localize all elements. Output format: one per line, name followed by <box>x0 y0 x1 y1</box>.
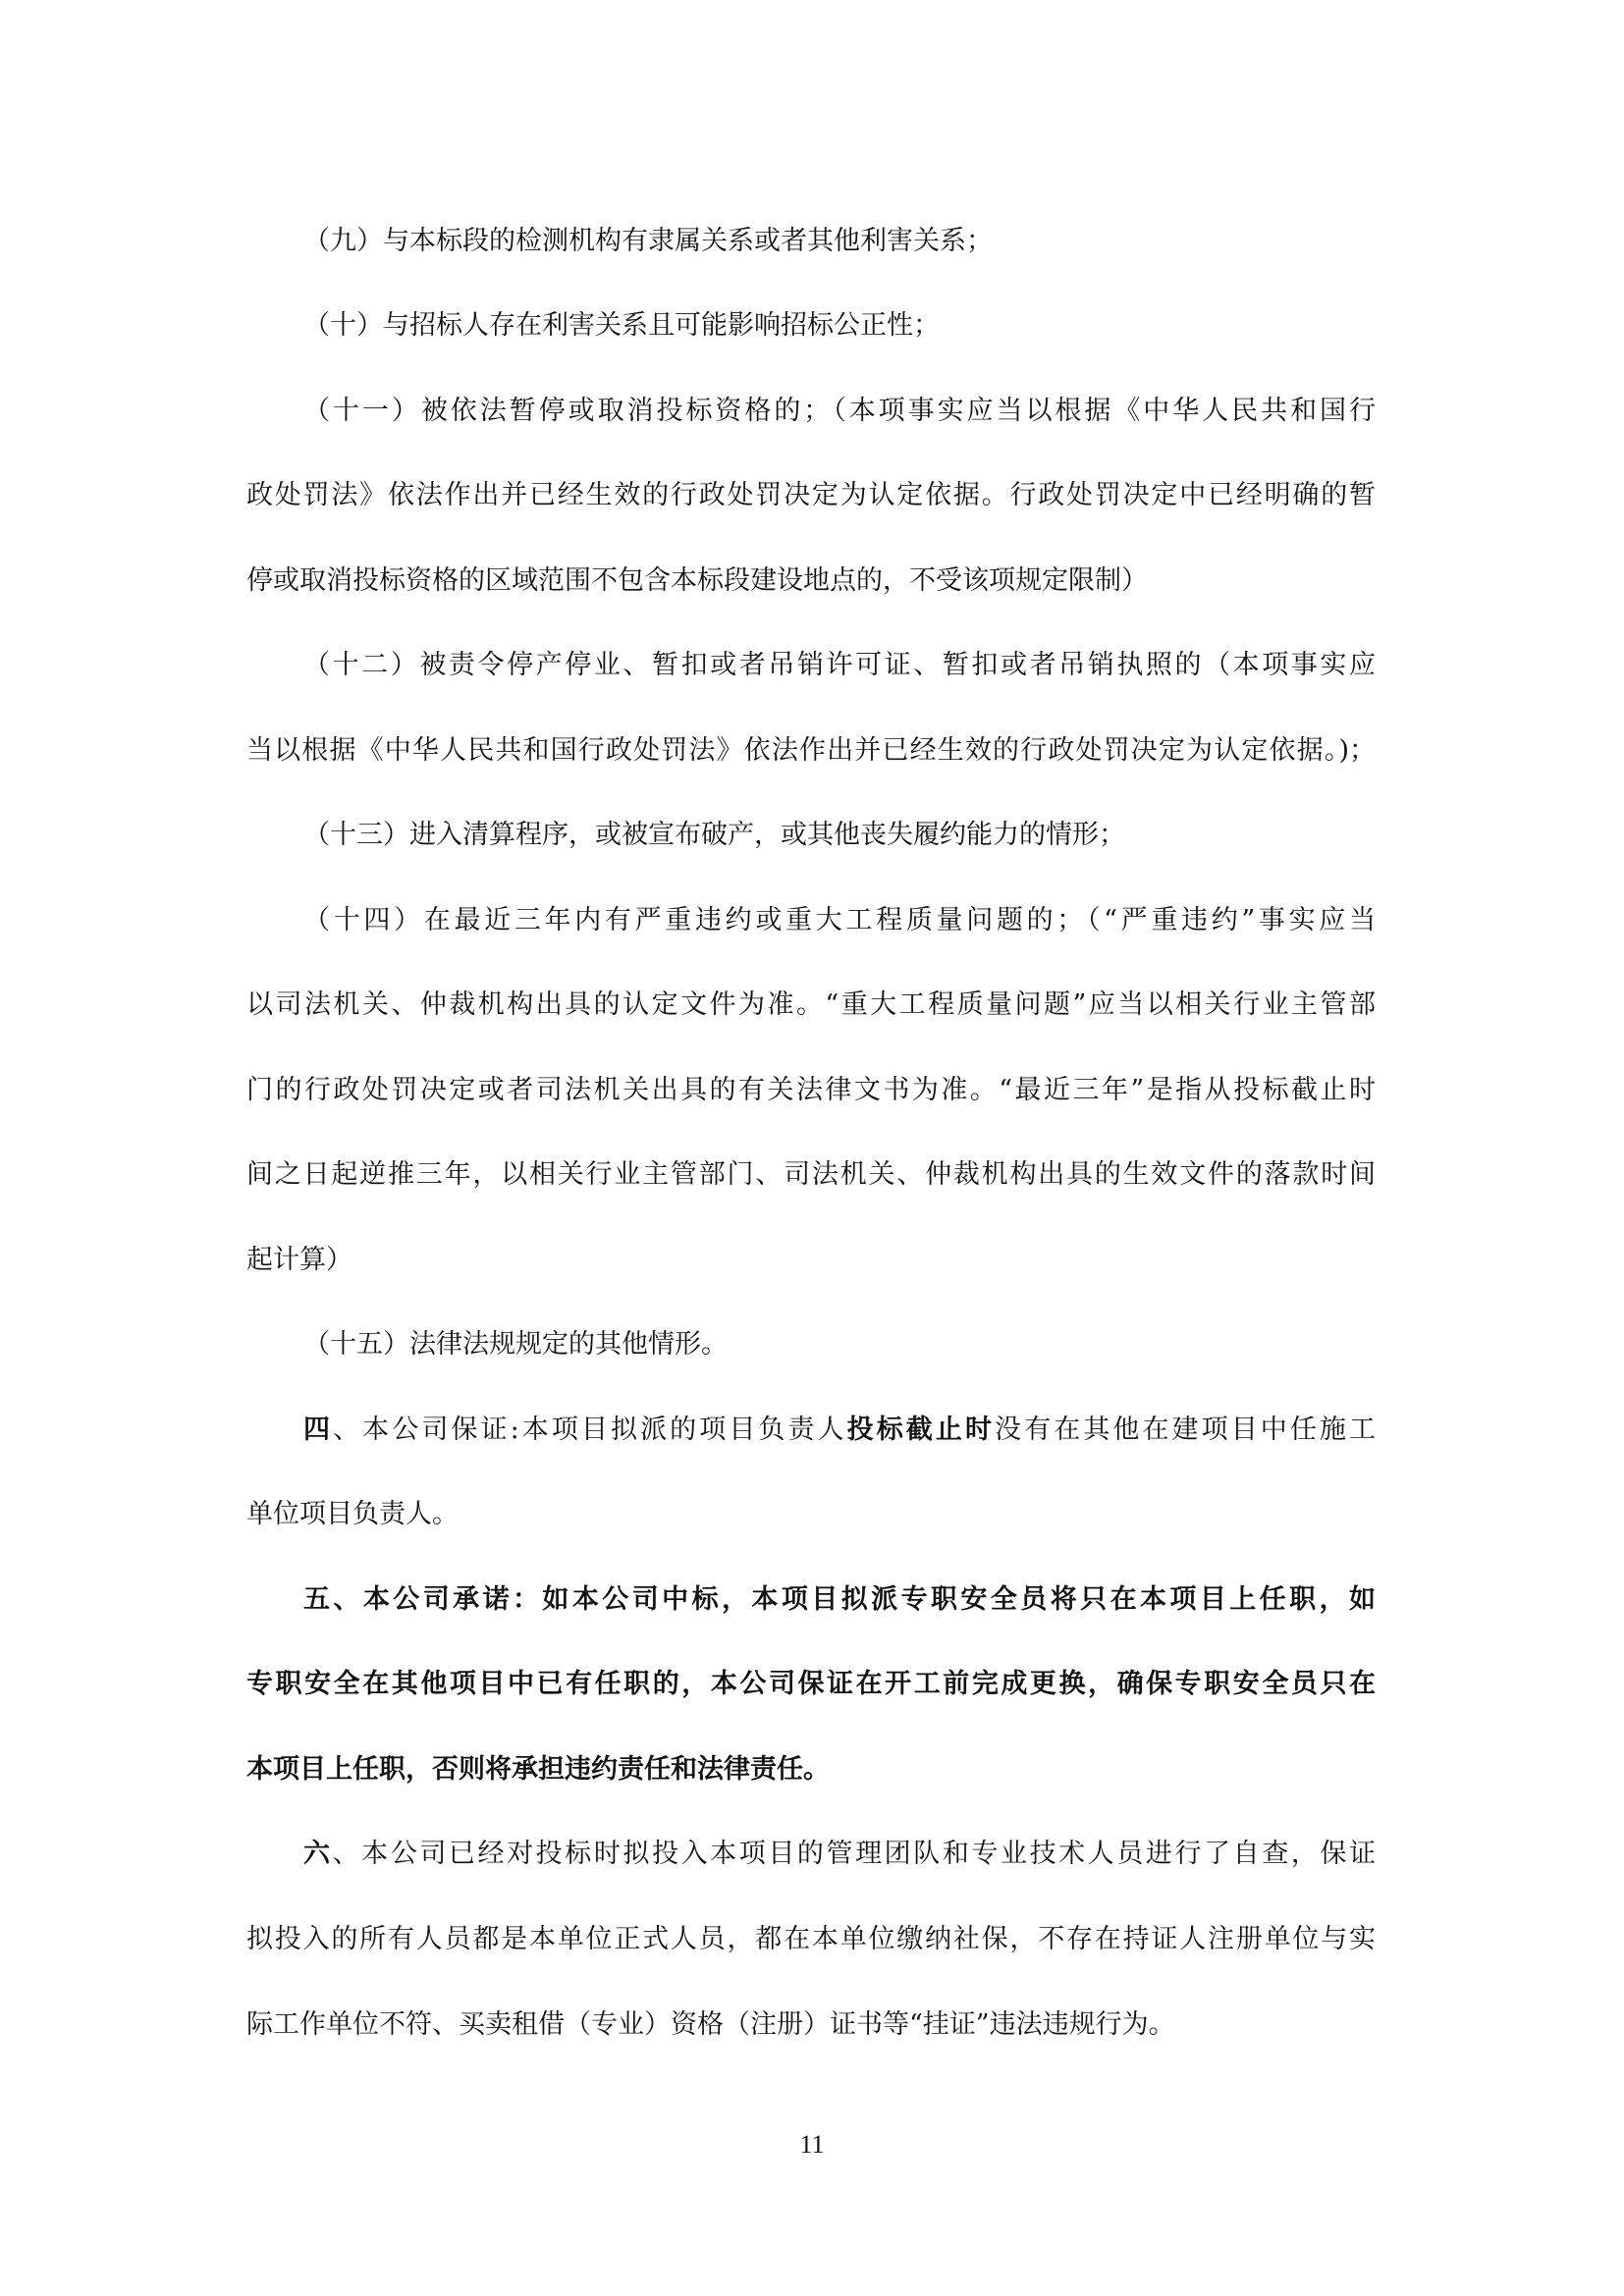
item-11-line1: （十一）被依法暂停或取消投标资格的；（本项事实应当以根据《中华人民共和国行 <box>303 395 1376 428</box>
item-11-line2: 政处罚法》依法作出并已经生效的行政处罚决定为认定依据。行政处罚决定中已经明确的暂 <box>246 479 1376 512</box>
item-12-line1: （十二）被责令停产停业、暂扣或者吊销许可证、暂扣或者吊销执照的（本项事实应 <box>303 649 1376 682</box>
section-6-line1: 六、本公司已经对投标时拟投入本项目的管理团队和专业技术人员进行了自查，保证 <box>303 1838 1376 1871</box>
page-number: 11 <box>783 2130 841 2160</box>
section-4-line1: 四、本公司保证:本项目拟派的项目负责人投标截止时没有在其他在建项目中任施工 <box>303 1414 1376 1447</box>
item-11-line3: 停或取消投标资格的区域范围不包含本标段建设地点的，不受该项规定限制） <box>246 564 1376 598</box>
section-6-line2: 拟投入的所有人员都是本单位正式人员，都在本单位缴纳社保，不存在持证人注册单位与实 <box>246 1923 1376 1956</box>
item-14-line1: （十四）在最近三年内有严重违约或重大工程质量问题的；（“严重违约”事实应当 <box>303 904 1376 937</box>
item-14-line4: 间之日起逆推三年，以相关行业主管部门、司法机关、仲裁机构出具的生效文件的落款时间 <box>246 1158 1376 1192</box>
item-9: （九）与本标段的检测机构有隶属关系或者其他利害关系； <box>303 225 1376 258</box>
section-5-line2: 专职安全在其他项目中已有任职的，本公司保证在开工前完成更换，确保专职安全员只在 <box>246 1668 1376 1701</box>
item-14-line3: 门的行政处罚决定或者司法机关出具的有关法律文书为准。“最近三年”是指从投标截止时 <box>246 1074 1376 1107</box>
section-6-line3: 际工作单位不符、买卖租借（专业）资格（注册）证书等“挂证”违法违规行为。 <box>246 2008 1376 2042</box>
section-4-text: 、本公司保证:本项目拟派的项目负责人 <box>333 1415 847 1445</box>
document-page: （九）与本标段的检测机构有隶属关系或者其他利害关系； （十）与招标人存在利害关系… <box>0 0 1624 2296</box>
section-6-text: 、本公司已经对投标时拟投入本项目的管理团队和专业技术人员进行了自查，保证 <box>333 1839 1376 1869</box>
item-13: （十三）进入清算程序，或被宣布破产，或其他丧失履约能力的情形； <box>303 819 1376 852</box>
section-5-line1: 五、本公司承诺：如本公司中标，本项目拟派专职安全员将只在本项目上任职，如 <box>303 1583 1376 1617</box>
item-14-line2: 以司法机关、仲裁机构出具的认定文件为准。“重大工程质量问题”应当以相关行业主管部 <box>246 988 1376 1022</box>
section-5-line3: 本项目上任职，否则将承担违约责任和法律责任。 <box>246 1753 1376 1787</box>
item-10: （十）与招标人存在利害关系且可能影响招标公正性； <box>303 309 1376 343</box>
item-15: （十五）法律法规规定的其他情形。 <box>303 1328 1376 1362</box>
section-4-line2: 单位项目负责人。 <box>246 1498 1376 1531</box>
item-14-line5: 起计算） <box>246 1244 1376 1277</box>
section-4-number: 四 <box>303 1415 333 1445</box>
item-12-line2: 当以根据《中华人民共和国行政处罚法》依法作出并已经生效的行政处罚决定为认定依据。… <box>246 734 1376 768</box>
section-6-number: 六 <box>303 1839 333 1869</box>
section-4-text-cont: 没有在其他在建项目中任施工 <box>995 1415 1376 1445</box>
section-4-emphasis: 投标截止时 <box>847 1415 995 1445</box>
